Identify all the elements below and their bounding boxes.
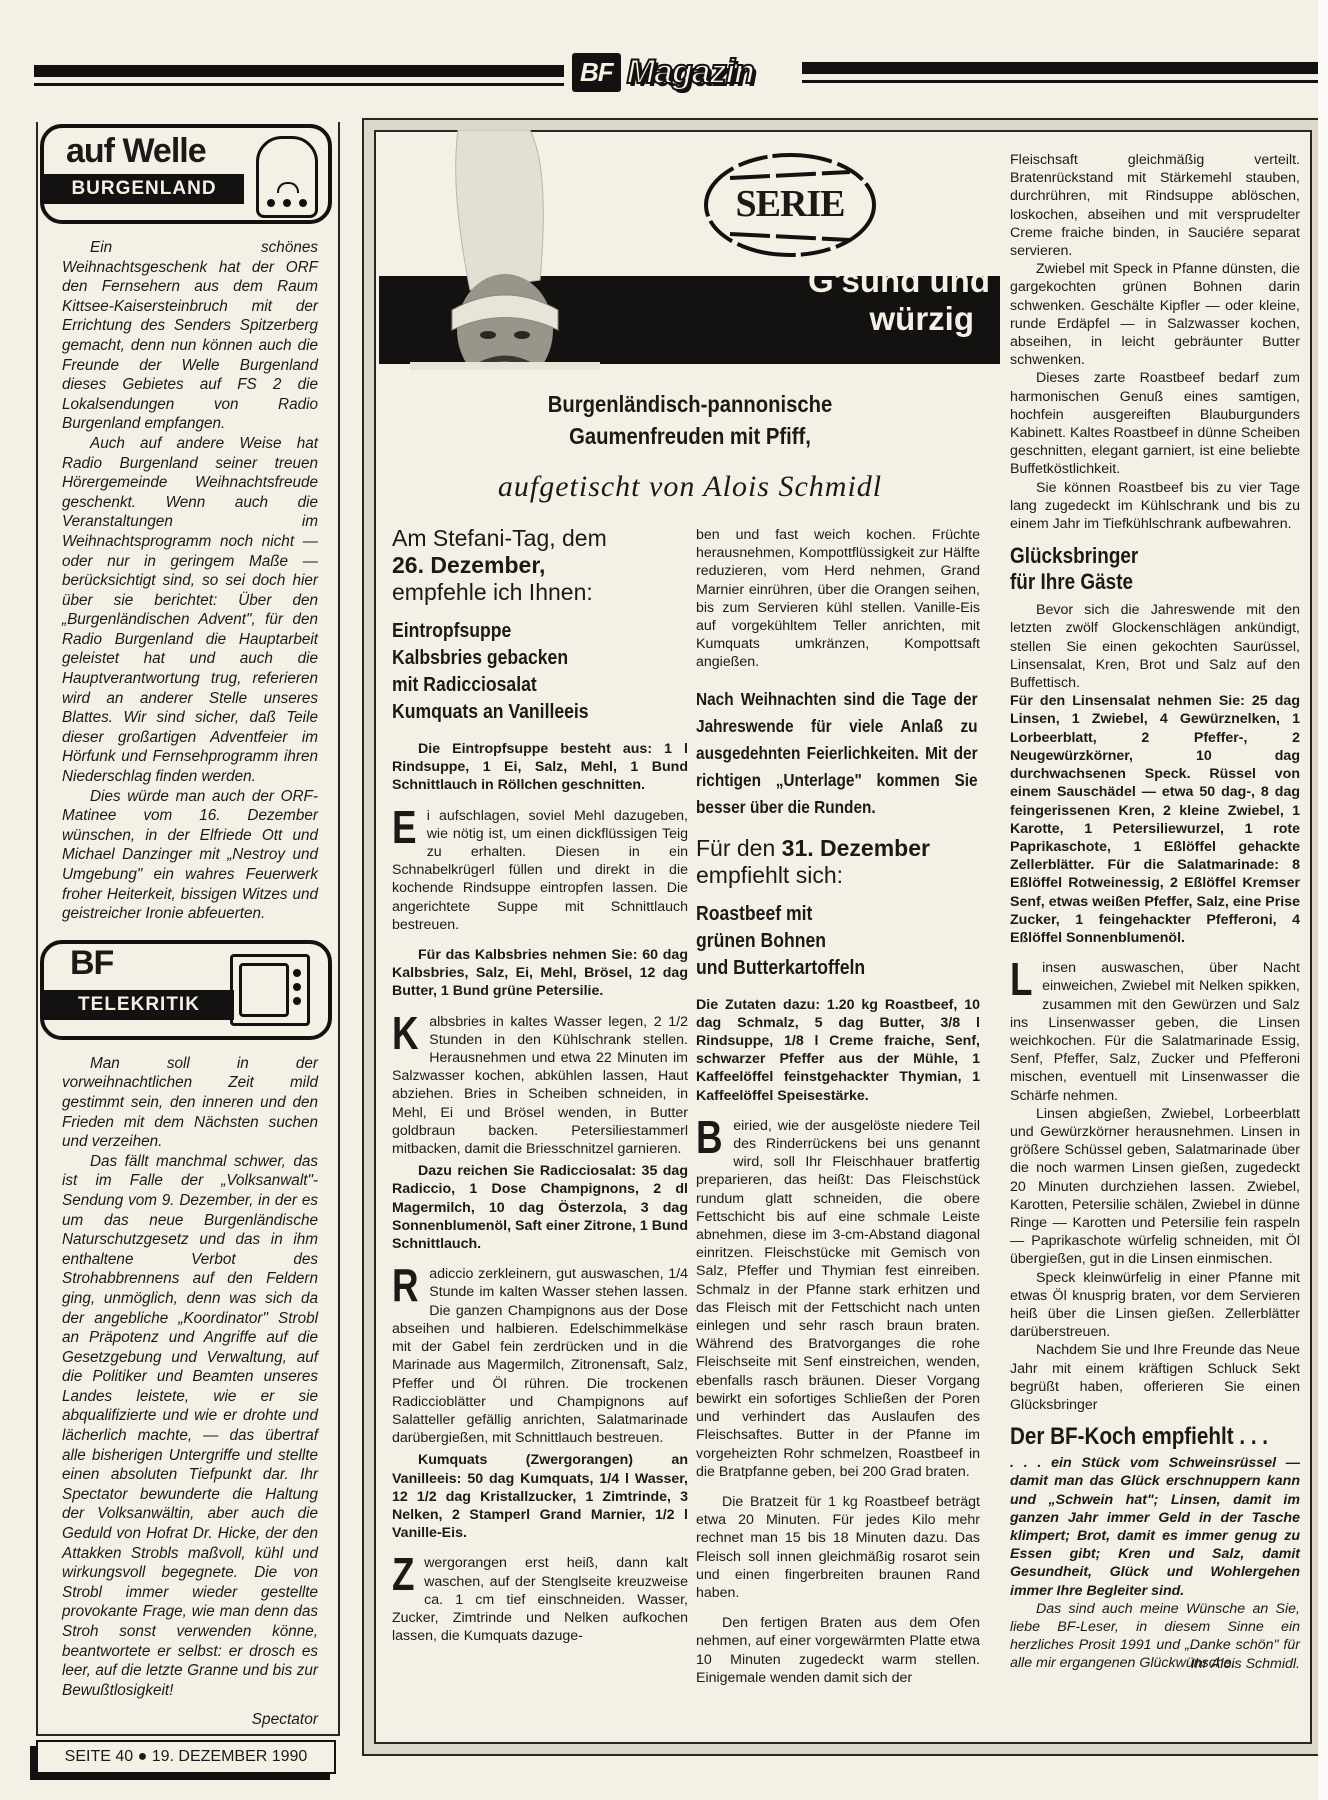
page-footer-date: SEITE 40 ● 19. DEZEMBER 1990 [36,1740,336,1774]
drop-cap: E [392,809,417,845]
menu-item: Kalbsbries gebacken [392,645,652,672]
menu-item: grünen Bohnen [696,928,946,955]
intro-text: empfehle ich Ihnen: [392,579,688,606]
menu-list: Roastbeef mit grünen Bohnen und Butterka… [696,901,946,982]
bf-logo-box: BF [572,53,621,92]
masthead-thin-rule-left [34,83,564,86]
paragraph-text: i aufschlagen, soviel Mehl dazugeben, wi… [392,808,688,933]
paragraph: Ein schönes Weihnachtsgeschenk hat der O… [62,238,318,434]
rubric-auf-welle-burgenland: auf Welle BURGENLAND [40,124,332,224]
drop-cap: Z [392,1556,414,1592]
chef-portrait [380,130,620,370]
menu-item: Roastbeef mit [696,901,946,928]
transition-note: Nach Weihnachten sind die Tage der Jahre… [696,686,978,821]
bf-koch-heading: Der BF-Koch empfiehlt . . . [1010,1422,1259,1452]
paragraph-text: adiccio zerkleinern, gut auswaschen, 1/4… [392,1266,688,1446]
paragraph-text: albsbries in kaltes Wasser legen, 2 1/2 … [392,1014,688,1157]
paragraph: Auch auf andere Weise hat Radio Burgenla… [62,434,318,787]
paragraph: Speck kleinwürfelig in einer Pfanne mit … [1010,1269,1300,1342]
paragraph: Radiccio zerkleinern, gut auswaschen, 1/… [392,1265,688,1447]
menu-item: und Butterkartoffeln [696,955,946,982]
headline-line-1: Burgenländisch-pannonische [417,388,963,420]
paragraph: Kalbsbries in kaltes Wasser legen, 2 1/2… [392,1013,688,1159]
paragraph: Sie können Roastbeef bis zu vier Tage la… [1010,479,1300,534]
menu-list: Eintropfsuppe Kalbsbries gebacken mit Ra… [392,618,652,726]
subheading-line: Glücksbringer [1010,543,1259,569]
subheading-line: für Ihre Gäste [1010,569,1259,595]
subheading: Glücksbringer für Ihre Gäste [1010,543,1259,595]
masthead-rule-left [34,65,564,77]
serie-label: SERIE [712,182,868,226]
drop-cap: R [392,1267,419,1303]
menu-item: Kumquats an Vanilleeis [392,699,652,726]
paragraph: Bevor sich die Jahreswende mit den letzt… [1010,601,1300,692]
ingredients: Für den Linsensalat nehmen Sie: 25 dag L… [1010,692,1300,947]
rubric-band: BURGENLAND [44,174,244,204]
paragraph: Fleischsaft gleichmäßig verteilt. Braten… [1010,151,1300,260]
intro-date: 31. Dezember [782,835,930,861]
paragraph: Zwiebel mit Speck in Pfanne dünsten, die… [1010,260,1300,369]
paragraph: Den fertigen Braten aus dem Ofen nehmen,… [696,1614,980,1687]
menu-item: Eintropfsuppe [392,618,652,645]
paragraph: Zwergorangen erst heiß, dann kalt wasche… [392,1554,688,1645]
paragraph: Die Bratzeit für 1 kg Roastbeef beträgt … [696,1493,980,1602]
series-title: G'sund und würzig [740,262,990,338]
paragraph: Dieses zarte Roastbeef bedarf zum harmon… [1010,369,1300,478]
article-column-3: Fleischsaft gleichmäßig verteilt. Braten… [1010,151,1300,1673]
menu-intro: Am Stefani-Tag, dem 26. Dezember, empfeh… [392,525,688,606]
paragraph: Beiried, wie der ausgelöste niedere Teil… [696,1117,980,1481]
article-column-2: ben und fast weich kochen. Früchte herau… [696,526,980,1687]
paragraph: Dies würde man auch der ORF-Matinee vom … [62,787,318,924]
article-column-1: Am Stefani-Tag, dem 26. Dezember, empfeh… [392,525,688,1645]
paragraph-text: wergorangen erst heiß, dann kalt waschen… [392,1555,688,1644]
radio-icon [256,136,318,218]
signature: Spectator [38,1710,318,1730]
paragraph: Man soll in der vorweihnachtlichen Zeit … [62,1054,318,1152]
drop-cap: K [392,1015,419,1051]
intro-date: 26. Dezember, [392,552,688,579]
page-edge [1318,0,1328,1800]
headline-line-2: Gaumenfreuden mit Pfiff, [417,420,963,452]
rubric-title: auf Welle [66,132,206,171]
ingredients: Kumquats (Zwergorangen) an Vanilleeis: 5… [392,1451,688,1542]
intro-text: Für den [696,835,782,861]
menu-intro: Für den 31. Dezember empfiehlt sich: [696,835,980,889]
paragraph-text: insen auswaschen, über Nacht einweichen,… [1010,960,1300,1103]
paragraph: Das fällt manchmal schwer, das ist im Fa… [62,1152,318,1701]
ingredients: Die Eintropfsuppe besteht aus: 1 l Rinds… [392,740,688,795]
intro-text: empfiehlt sich: [696,862,980,889]
ingredients: Dazu reichen Sie Radicciosalat: 35 dag R… [392,1162,688,1253]
series-title-line-2: würzig [740,300,990,338]
paragraph: Linsen auswaschen, über Nacht einweichen… [1010,959,1300,1105]
menu-item: mit Radicciosalat [392,672,652,699]
rubric-band: TELEKRITIK [44,990,234,1020]
drop-cap: L [1010,961,1032,997]
drop-cap: B [696,1119,723,1155]
intro-text: Am Stefani-Tag, dem [392,525,688,552]
masthead-rule-right [802,62,1318,74]
magazine-logo: BF Magazin [572,52,754,92]
rubric-bf-telekritik: BF TELEKRITIK [40,940,332,1040]
paragraph: ben und fast weich kochen. Früchte herau… [696,526,980,672]
masthead-thin-rule-right [802,80,1318,83]
left-column-box: auf Welle BURGENLAND Ein schönes Weihnac… [36,122,340,1736]
paragraph: Ei aufschlagen, soviel Mehl dazugeben, w… [392,807,688,934]
paragraph: Nachdem Sie und Ihre Freunde das Neue Ja… [1010,1341,1300,1414]
telekritik-column-text: Man soll in der vorweihnachtlichen Zeit … [62,1054,318,1701]
paragraph-text: eiried, wie der ausgelöste niedere Teil … [696,1118,980,1480]
article-headline: Burgenländisch-pannonische Gaumenfreuden… [417,388,963,452]
magazin-wordmark: Magazin [627,53,754,92]
ingredients: Für das Kalbsbries nehmen Sie: 60 dag Ka… [392,946,688,1001]
series-title-line-1: G'sund und [740,262,990,300]
ingredients: Die Zutaten dazu: 1.20 kg Roastbeef, 10 … [696,996,980,1105]
tv-icon [230,954,310,1026]
radio-column-text: Ein schönes Weihnachtsgeschenk hat der O… [62,238,318,924]
rubric-title: BF [70,944,113,983]
paragraph: Linsen abgießen, Zwiebel, Lorbeerblatt u… [1010,1105,1300,1269]
byline: aufgetischt von Alois Schmidl [380,470,1000,504]
recommendation: . . . ein Stück vom Schweinsrüssel — dam… [1010,1454,1300,1600]
